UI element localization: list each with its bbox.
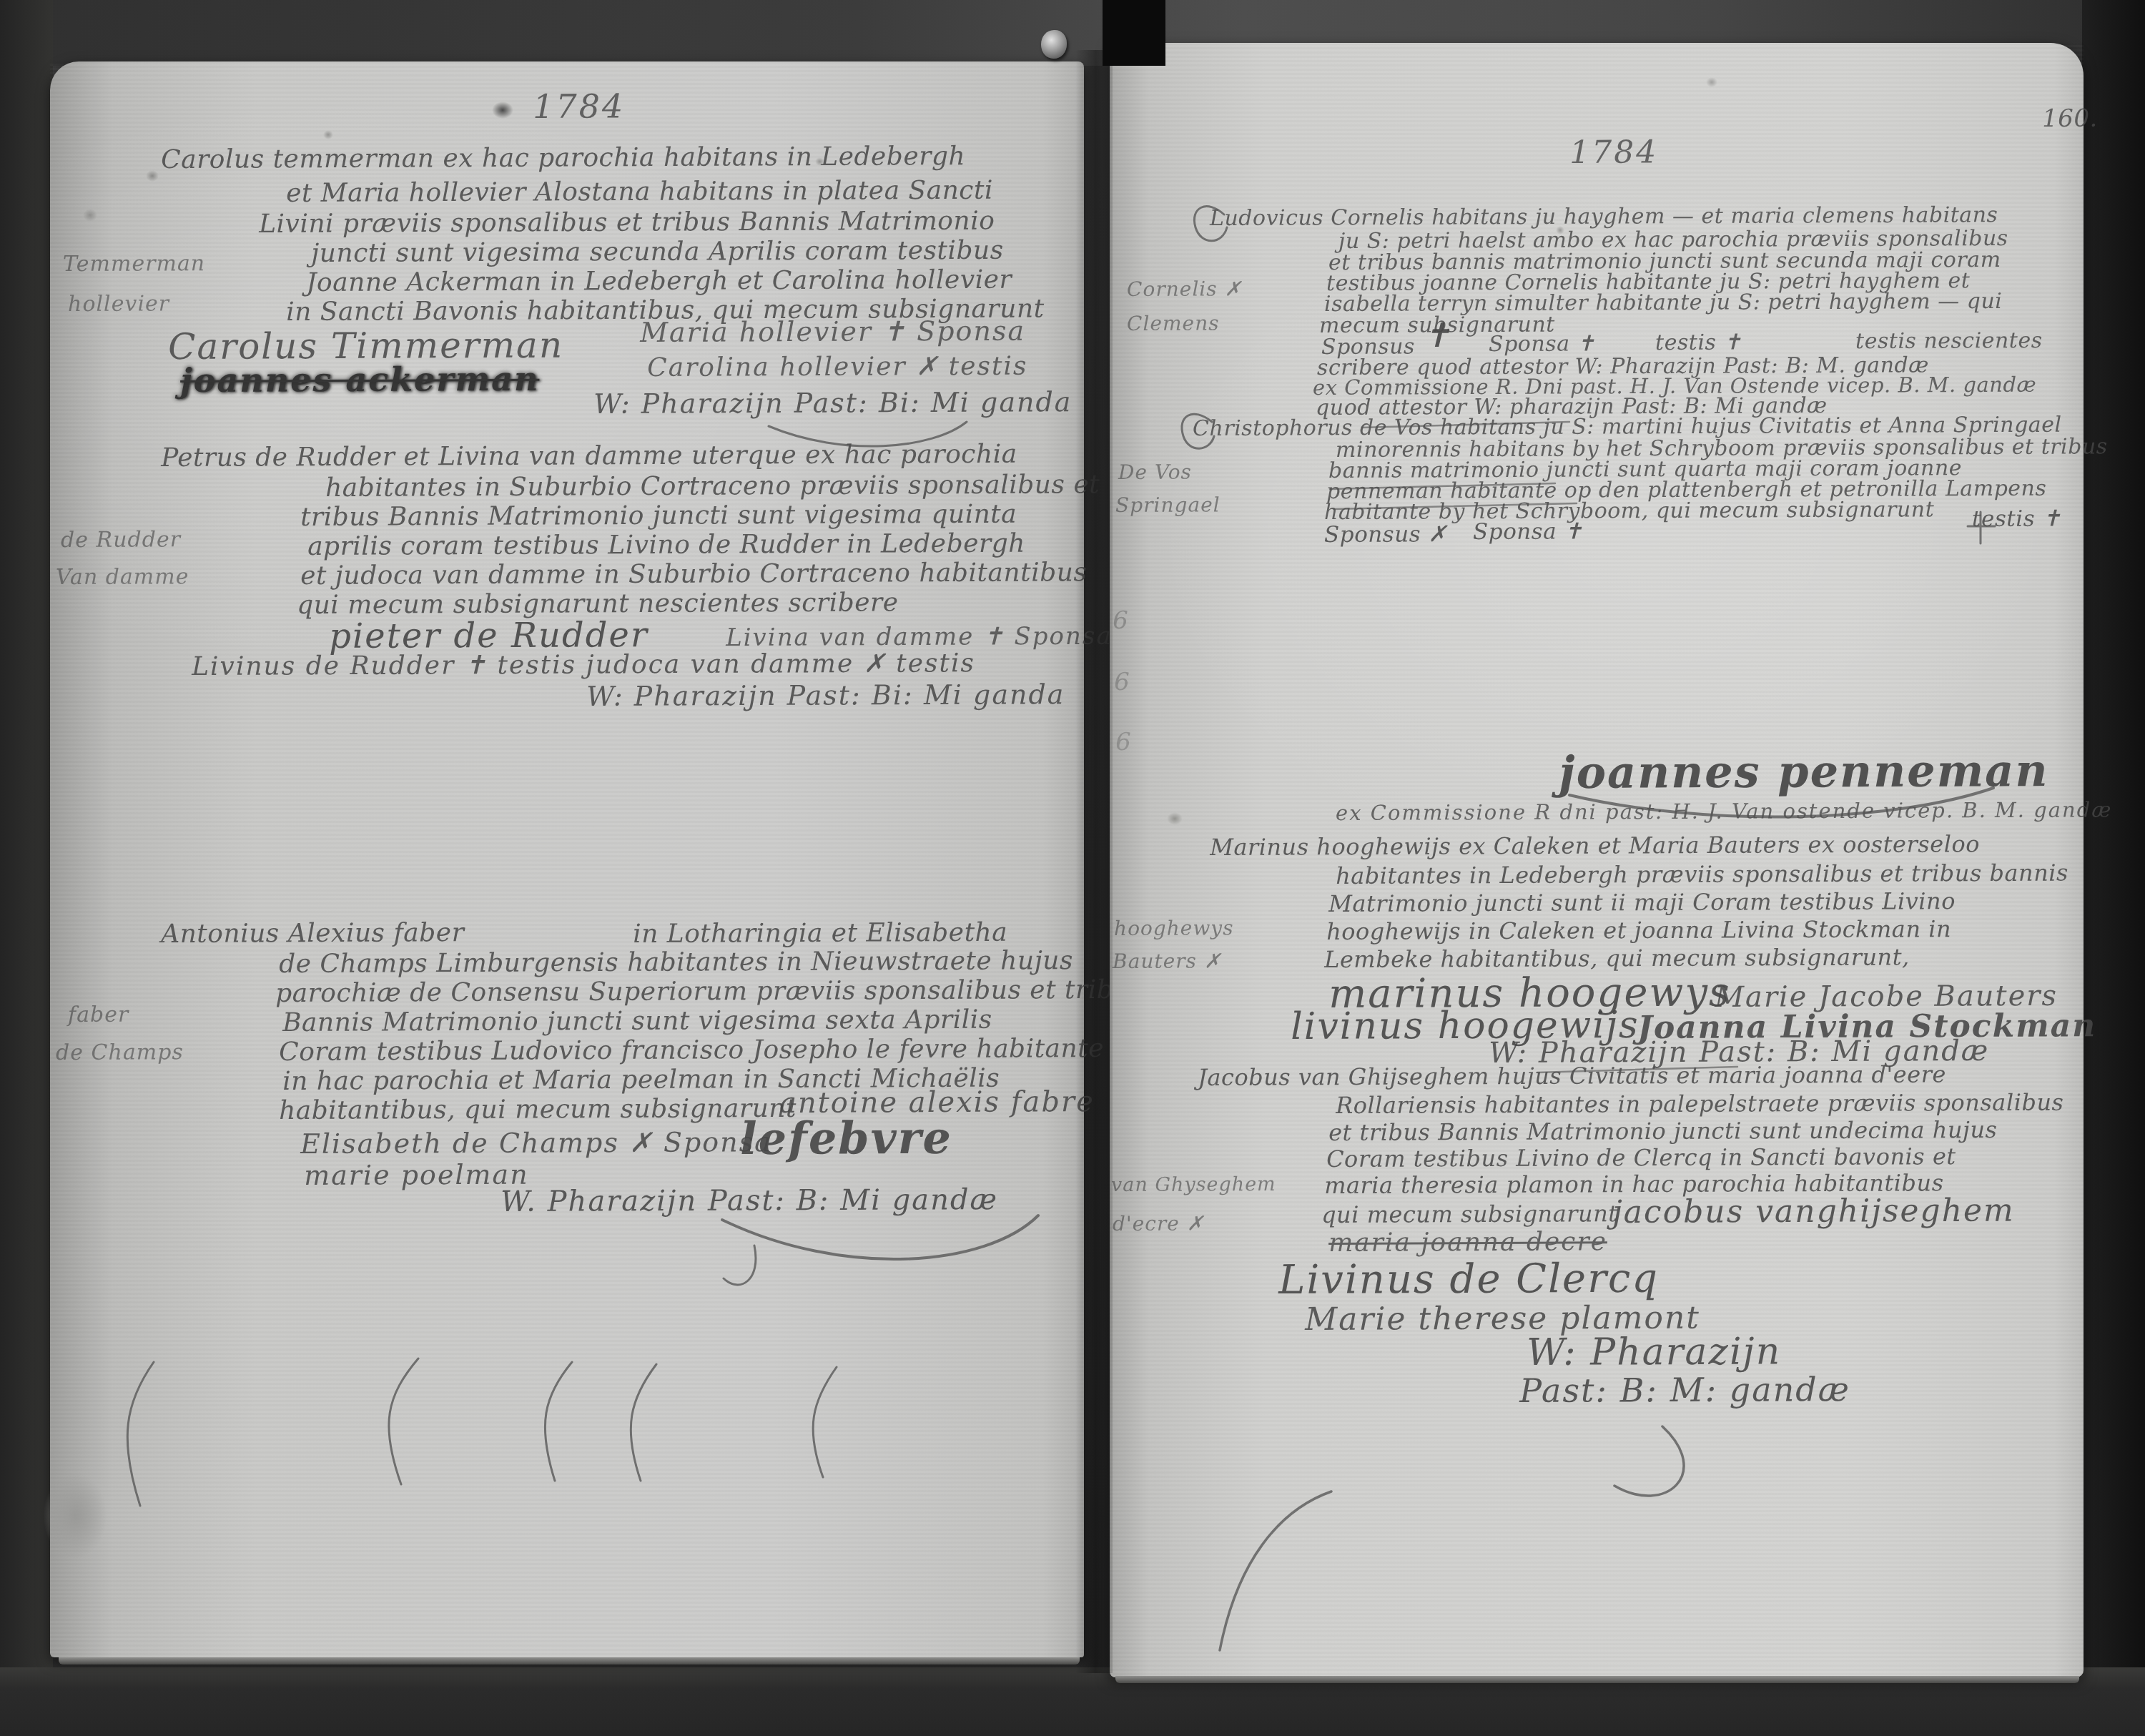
entry-line: habitante by het Schryboom, qui mecum su… bbox=[1324, 497, 1934, 525]
entry-line: et tribus Bannis Matrimonio juncti sunt … bbox=[1328, 1116, 1998, 1146]
signature: Livinus de Rudder ✝ testis judoca van da… bbox=[192, 648, 975, 681]
signature: Carolina hollevier ✗ testis bbox=[647, 352, 1028, 383]
margin-note: Springael bbox=[1115, 493, 1221, 517]
entry-line: Petrus de Rudder et Livina van damme ute… bbox=[161, 440, 1017, 473]
binding-screw-icon bbox=[1041, 30, 1067, 59]
entry-line: Matrimonio juncti sunt ii maji Coram tes… bbox=[1328, 887, 1956, 917]
entry-line: ✝ bbox=[1423, 316, 1451, 355]
entry-line: Coram testibus Livino de Clercq in Sanct… bbox=[1326, 1143, 1956, 1173]
margin-note: de Champs bbox=[56, 1040, 184, 1065]
page-edge-right bbox=[1115, 1676, 2079, 1683]
margin-note: hooghewys bbox=[1114, 916, 1234, 940]
entry-line: tribus Bannis Matrimonio juncti sunt vig… bbox=[300, 500, 1017, 532]
margin-note: de Rudder bbox=[61, 527, 181, 553]
entry-line: habitantibus, qui mecum subsignarunt bbox=[279, 1094, 797, 1125]
page-left-ink-layer: 1784Temmermanhollevierde RudderVan damme… bbox=[50, 61, 1084, 1657]
entry-line: de Champs Limburgensis habitantes in Nie… bbox=[279, 946, 1073, 979]
entry-line: Rollariensis habitantes in palepelstraet… bbox=[1336, 1089, 2063, 1119]
entry-line: Coram testibus Ludovico francisco Joseph… bbox=[279, 1034, 1104, 1067]
entry-line: Antonius Alexius faber bbox=[161, 918, 464, 949]
signature: marie poelman bbox=[304, 1159, 529, 1191]
margin-note: van Ghyseghem bbox=[1111, 1173, 1276, 1196]
entry-line: testis ✝ bbox=[1972, 505, 2061, 532]
margin-note: De Vos bbox=[1118, 460, 1192, 484]
entry-line: Joanne Ackerman in Ledebergh et Carolina… bbox=[306, 265, 1012, 297]
backdrop-left bbox=[0, 0, 53, 1736]
year-heading: 1784 bbox=[1569, 134, 1658, 171]
page-edge-left bbox=[59, 1657, 1080, 1665]
entry-line: juncti sunt vigesima secunda Aprilis cor… bbox=[311, 236, 1004, 268]
margin-note: hollevier bbox=[68, 291, 169, 317]
entry-line: Carolus temmerman ex hac parochia habita… bbox=[161, 142, 965, 174]
entry-line: habitantes in Suburbio Cortraceno prævii… bbox=[325, 470, 1100, 503]
signature: jacobus vanghijseghem bbox=[1612, 1193, 2015, 1231]
margin-note: Clemens bbox=[1127, 311, 1220, 335]
signature: Maria hollevier ✝ Sponsa bbox=[640, 315, 1025, 348]
show-through-mark: 6 bbox=[1114, 668, 1130, 696]
entry-line: testis nescientes bbox=[1855, 328, 2043, 354]
page-right: 1784160.Cornelis ✗ClemensDe VosSpringael… bbox=[1110, 43, 2084, 1677]
entry-line: aprilis coram testibus Livino de Rudder … bbox=[307, 529, 1025, 561]
signature: W: Pharazijn bbox=[1527, 1330, 1781, 1374]
entry-line: et judoca van damme in Suburbio Cortrace… bbox=[300, 558, 1087, 591]
signature: W: Pharazijn Past: Bi: Mi ganda bbox=[593, 386, 1072, 420]
signature: joannes penneman bbox=[1559, 744, 2049, 799]
signature: lefebvre bbox=[740, 1112, 952, 1165]
entry-line: hooghewijs in Caleken et joanna Livina S… bbox=[1326, 915, 1951, 945]
signature: Past: B: M: gandæ bbox=[1519, 1370, 1850, 1410]
signature: Livinus de Clercq bbox=[1278, 1256, 1659, 1303]
margin-note: Cornelis ✗ bbox=[1127, 277, 1242, 301]
entry-line: testis ✝ bbox=[1655, 330, 1742, 355]
entry-line: et Maria hollevier Alostana habitans in … bbox=[286, 176, 993, 208]
backdrop-right bbox=[2082, 0, 2145, 1736]
entry-line: habitantes in Ledebergh præviis sponsali… bbox=[1336, 859, 2068, 889]
margin-note: d'ecre ✗ bbox=[1113, 1211, 1204, 1236]
page-number: 160. bbox=[2042, 104, 2098, 133]
entry-line: Livini præviis sponsalibus et tribus Ban… bbox=[259, 207, 995, 239]
page-right-ink-layer: 1784160.Cornelis ✗ClemensDe VosSpringael… bbox=[1110, 43, 2084, 1677]
entry-line: Marinus hooghewijs ex Caleken et Maria B… bbox=[1210, 830, 1980, 861]
signature: Livina van damme ✝ Sponsa bbox=[726, 622, 1113, 652]
show-through-mark: 6 bbox=[1113, 606, 1128, 635]
binding-clip bbox=[1103, 0, 1165, 66]
entry-line: qui mecum subsignarunt bbox=[1321, 1200, 1618, 1228]
manuscript-scan: 1784Temmermanhollevierde RudderVan damme… bbox=[0, 0, 2145, 1736]
entry-line: Sponsa ✝ bbox=[1473, 518, 1583, 545]
entry-line: parochiæ de Consensu Superiorum præviis … bbox=[275, 975, 1144, 1008]
year-heading: 1784 bbox=[533, 87, 625, 126]
entry-line: Bannis Matrimonio juncti sunt vigesima s… bbox=[282, 1005, 992, 1037]
entry-line: Lembeke habitantibus, qui mecum subsigna… bbox=[1324, 943, 1910, 973]
signature: maria joanna decre bbox=[1328, 1227, 1607, 1258]
entry-line: Sponsus ✗ bbox=[1324, 521, 1447, 548]
margin-note: Van damme bbox=[56, 564, 189, 590]
signature: W: Pharazijn Past: Bi: Mi ganda bbox=[586, 679, 1065, 712]
entry-line: in Lotharingia et Elisabetha bbox=[633, 918, 1007, 949]
signature: ex Commissione R dni past: H. J. Van ost… bbox=[1336, 797, 2113, 825]
signature: Elisabeth de Champs ✗ Sponsa bbox=[300, 1126, 772, 1160]
margin-note: faber bbox=[68, 1002, 129, 1027]
book-gutter-shadow bbox=[1075, 50, 1113, 1673]
margin-note: Temmerman bbox=[63, 251, 205, 277]
signature: W. Pharazijn Past: B: Mi gandæ bbox=[500, 1183, 998, 1218]
margin-note: Bauters ✗ bbox=[1113, 949, 1221, 973]
entry-line: Sponsa ✝ bbox=[1489, 331, 1595, 357]
entry-line: Jacobus van Ghijseghem hujus Civitatis e… bbox=[1198, 1060, 1946, 1091]
show-through-mark: 6 bbox=[1115, 728, 1131, 756]
signature: joannes ackerman bbox=[180, 360, 540, 400]
page-left: 1784Temmermanhollevierde RudderVan damme… bbox=[50, 61, 1084, 1657]
